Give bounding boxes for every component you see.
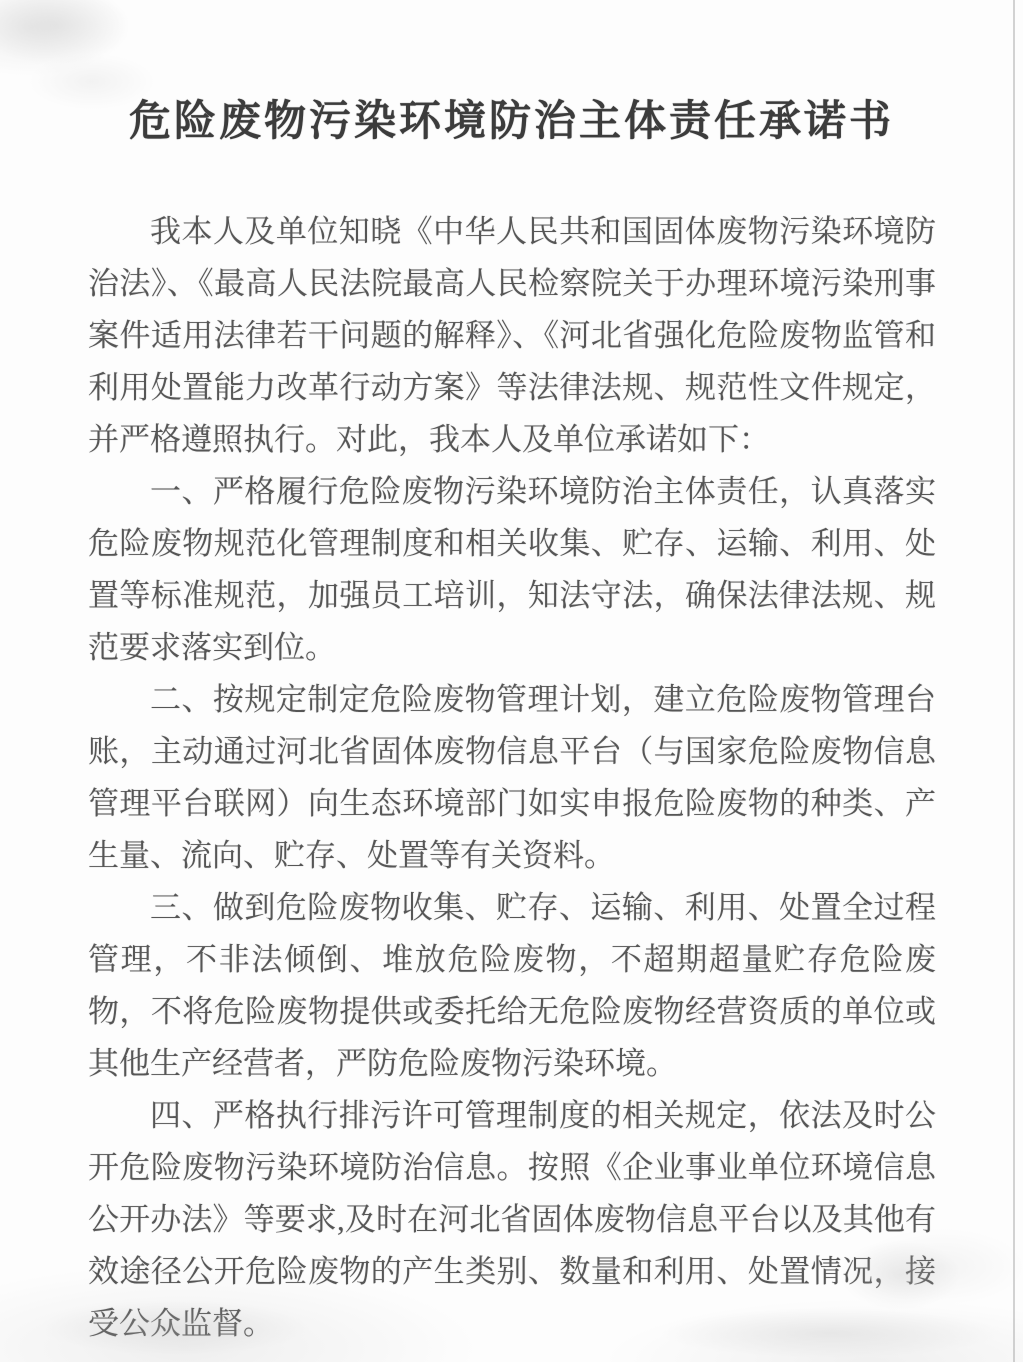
paragraph-item-3: 三、做到危险废物收集、贮存、运输、利用、处置全过程管理，不非法倾倒、堆放危险废物… bbox=[88, 882, 936, 1090]
document-body: 我本人及单位知晓《中华人民共和国固体废物污染环境防治法》、《最高人民法院最高人民… bbox=[88, 206, 936, 1350]
document-title: 危险废物污染环境防治主体责任承诺书 bbox=[0, 88, 1023, 148]
paragraph-item-4: 四、严格执行排污许可管理制度的相关规定，依法及时公开危险废物污染环境防治信息。按… bbox=[88, 1090, 936, 1350]
scanned-document-page: 危险废物污染环境防治主体责任承诺书 我本人及单位知晓《中华人民共和国固体废物污染… bbox=[0, 0, 1023, 1362]
paragraph-item-2: 二、按规定制定危险废物管理计划，建立危险废物管理台账，主动通过河北省固体废物信息… bbox=[88, 674, 936, 882]
paragraph-intro: 我本人及单位知晓《中华人民共和国固体废物污染环境防治法》、《最高人民法院最高人民… bbox=[88, 206, 936, 466]
scan-smudge bbox=[0, 0, 130, 65]
paragraph-item-1: 一、严格履行危险废物污染环境防治主体责任，认真落实危险废物规范化管理制度和相关收… bbox=[88, 466, 936, 674]
scan-edge-line bbox=[1013, 0, 1015, 1362]
